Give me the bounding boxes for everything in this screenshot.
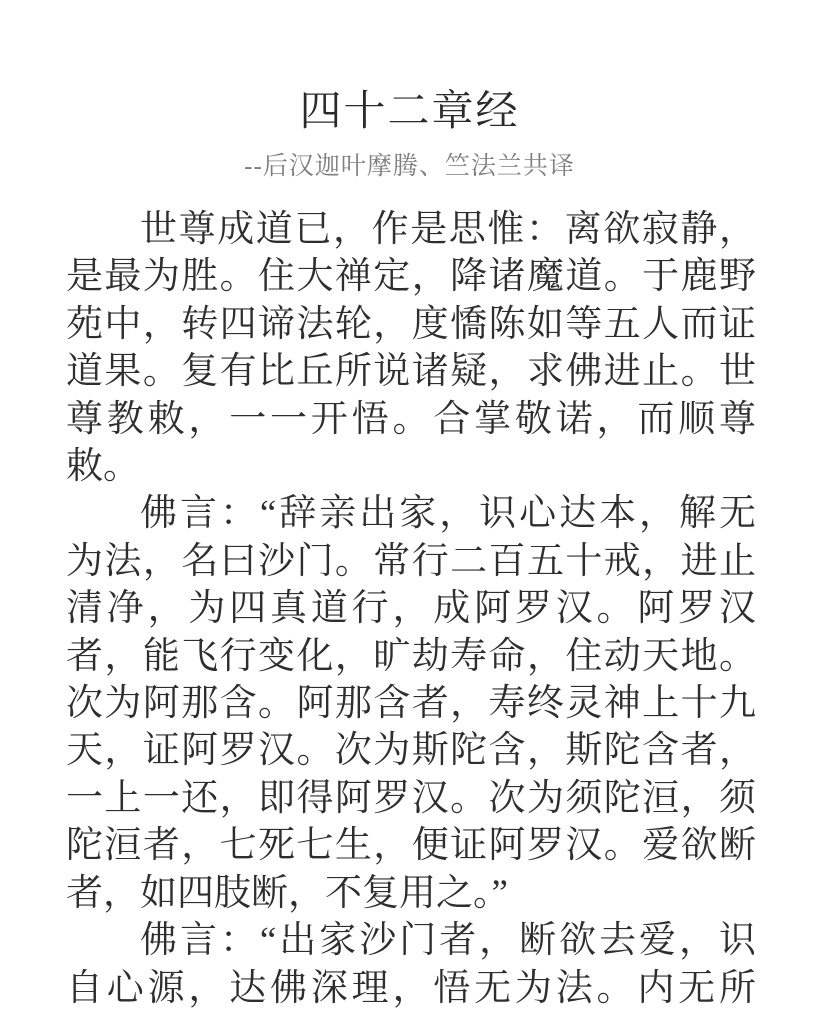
paragraph: 佛言：“出家沙门者，断欲去爱，识 自心源，达佛深理，悟无为法。内无所 (66, 917, 756, 1012)
page-title: 四十二章经 (0, 0, 819, 138)
text-line: 者，如四肢断，不复用之。” (66, 870, 756, 917)
text-line: 道果。复有比丘所说诸疑，求佛进止。世 (66, 348, 756, 395)
paragraph: 佛言：“辞亲出家，识心达本，解无 为法，名曰沙门。常行二百五十戒，进止 清净，为… (66, 490, 756, 917)
text-line: 为法，名曰沙门。常行二百五十戒，进止 (66, 538, 756, 585)
text-line: 是最为胜。住大禅定，降诸魔道。于鹿野 (66, 253, 756, 300)
text-line: 敕。 (66, 443, 756, 490)
text-line: 尊教敕，一一开悟。合掌敬诺，而顺尊 (66, 396, 756, 443)
text-line: 次为阿那含。阿那含者，寿终灵神上十九 (66, 680, 756, 727)
text-line: 苑中，转四谛法轮，度憍陈如等五人而证 (66, 301, 756, 348)
text-line: 世尊成道已，作是思惟：离欲寂静， (66, 206, 756, 253)
page-subtitle: --后汉迦叶摩腾、竺法兰共译 (0, 152, 819, 182)
text-line: 佛言：“辞亲出家，识心达本，解无 (66, 490, 756, 537)
text-line: 一上一还，即得阿罗汉。次为须陀洹，须 (66, 775, 756, 822)
text-line: 天，证阿罗汉。次为斯陀含，斯陀含者， (66, 727, 756, 774)
text-line: 自心源，达佛深理，悟无为法。内无所 (66, 965, 756, 1012)
text-line: 佛言：“出家沙门者，断欲去爱，识 (66, 917, 756, 964)
text-line: 清净，为四真道行，成阿罗汉。阿罗汉 (66, 585, 756, 632)
document-body: 世尊成道已，作是思惟：离欲寂静， 是最为胜。住大禅定，降诸魔道。于鹿野 苑中，转… (66, 206, 756, 1012)
document-page: 四十二章经 --后汉迦叶摩腾、竺法兰共译 世尊成道已，作是思惟：离欲寂静， 是最… (0, 0, 819, 1024)
text-line: 陀洹者，七死七生，便证阿罗汉。爱欲断 (66, 822, 756, 869)
text-line: 者，能飞行变化，旷劫寿命，住动天地。 (66, 633, 756, 680)
paragraph: 世尊成道已，作是思惟：离欲寂静， 是最为胜。住大禅定，降诸魔道。于鹿野 苑中，转… (66, 206, 756, 490)
